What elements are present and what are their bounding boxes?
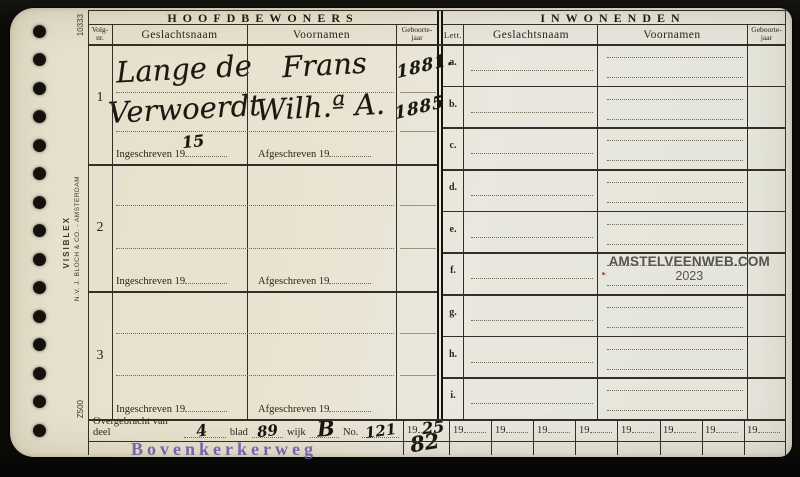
grid-line-horizontal [88, 291, 437, 293]
scanned-register-card-scene: 10333 VISIBLEX N.V. J. BLOCH & CO. - AMS… [0, 0, 800, 477]
grid-line-vertical [747, 24, 748, 419]
row-separator [443, 252, 785, 254]
lett-label: g. [443, 307, 463, 318]
no-blank: 121 [362, 427, 399, 438]
no-value: 121 [364, 420, 398, 442]
grid-line-vertical [396, 24, 397, 419]
grid-line-vertical [702, 419, 703, 455]
dotted-blank [185, 274, 227, 284]
writing-line-dotted [471, 403, 593, 404]
year-cell: 19 [621, 423, 654, 436]
punch-hole [33, 167, 46, 180]
grid-line-vertical [660, 419, 661, 455]
dotted-blank [329, 147, 371, 157]
wijk-blank: B [310, 427, 339, 438]
writing-line-dotted [607, 349, 743, 350]
lett-label: e. [443, 224, 463, 235]
writing-line-dotted [471, 237, 593, 238]
grid-line-horizontal [88, 164, 437, 166]
writing-line-birthyear [400, 131, 436, 132]
ingeschreven-text-3: Ingeschreven 19 [116, 404, 185, 415]
col-lett-header: Lett. [441, 30, 465, 40]
punch-hole [33, 25, 46, 38]
col-surname-header-right: Geslachtsnaam [465, 29, 597, 41]
dotted-blank [548, 423, 570, 433]
col-birthyear-left-line2: jaar [411, 33, 422, 42]
grid-line-vertical [744, 419, 745, 455]
writing-line-dotted [607, 265, 743, 266]
writing-line-dotted [116, 375, 394, 376]
writing-line-dotted [471, 70, 593, 71]
punch-hole [33, 139, 46, 152]
grid-line-vertical [491, 419, 492, 455]
writing-line-dotted [471, 320, 593, 321]
afgeschreven-label-3: Afgeschreven 19 [258, 402, 371, 415]
grid-line-vertical [449, 419, 450, 455]
lett-label: i. [443, 390, 463, 401]
writing-line-dotted [607, 202, 743, 203]
firstnames-entry-1: Frans [281, 46, 368, 84]
writing-line-dotted [471, 362, 593, 363]
ingeschreven-label-1: Ingeschreven 19 [116, 147, 227, 160]
lett-label: b. [443, 99, 463, 110]
writing-line-dotted [116, 92, 394, 93]
afgeschreven-label-2: Afgeschreven 19 [258, 274, 371, 287]
year-cell: 19 [705, 423, 738, 436]
writing-line-birthyear [400, 333, 436, 334]
grid-line-horizontal [88, 441, 785, 442]
writing-line-birthyear [400, 248, 436, 249]
year-prefix: 19 [495, 425, 506, 436]
year-cell: 19 [537, 423, 570, 436]
house-number: 82 [408, 428, 441, 457]
punch-hole [33, 338, 46, 351]
street-name-stamp: Bovenkerkerweg [88, 439, 360, 460]
overgebracht-row: Overgebracht van deel 4 blad 89 wijk B N… [93, 422, 399, 438]
writing-line-dotted [607, 99, 743, 100]
grid-line-vertical [575, 419, 576, 455]
grid-line-horizontal [88, 419, 785, 421]
row-number-3: 3 [88, 348, 112, 364]
writing-line-dotted [116, 333, 394, 334]
printer-edge-text: N.V. J. BLOCH & CO. - AMSTERDAM [74, 176, 81, 301]
punch-hole [33, 82, 46, 95]
watermark-text: AMSTELVEENWEB.COM 2023 [609, 254, 770, 283]
deel-value: 4 [194, 420, 208, 440]
ingeschreven-label-3: Ingeschreven 19 [116, 402, 227, 415]
hoofdbewoners-title: HOOFDBEWONERS [88, 11, 438, 24]
writing-line-dotted [607, 160, 743, 161]
writing-line-birthyear [400, 375, 436, 376]
deel-blank: 4 [184, 427, 226, 438]
grid-line-horizontal [443, 24, 785, 25]
writing-line-dotted [471, 278, 593, 279]
row-separator [443, 169, 785, 171]
writing-line-dotted [607, 140, 743, 141]
row-separator [443, 211, 785, 213]
afgeschreven-label-1: Afgeschreven 19 [258, 147, 371, 160]
row-separator [443, 377, 785, 379]
year-prefix: 19 [663, 425, 674, 436]
amstelveen-coat-of-arms-icon [602, 254, 607, 294]
year-cell: 19 [495, 423, 528, 436]
year-prefix: 19 [579, 425, 590, 436]
watermark-year: 2023 [609, 269, 770, 283]
grid-line-horizontal [88, 10, 785, 11]
lett-label: h. [443, 349, 463, 360]
grid-line-vertical [533, 419, 534, 455]
writing-line-dotted [607, 244, 743, 245]
col-birthyear-header-left: Geboorte- jaar [396, 26, 438, 42]
grid-line-vertical [403, 419, 404, 455]
year-cell: 19 [663, 423, 696, 436]
punch-hole [33, 395, 46, 408]
dotted-blank [185, 402, 227, 412]
punch-hole [33, 53, 46, 66]
writing-line-dotted [607, 390, 743, 391]
ingeschreven-text-2: Ingeschreven 19 [116, 276, 185, 287]
dotted-blank [758, 423, 780, 433]
blad-blank: 89 [252, 427, 283, 438]
grid-line-vertical [247, 24, 248, 419]
grid-line-horizontal [88, 24, 437, 25]
grid-line-vertical [463, 24, 464, 419]
year-prefix: 19 [621, 425, 632, 436]
registration-card: 10333 VISIBLEX N.V. J. BLOCH & CO. - AMS… [10, 8, 792, 457]
dotted-blank [506, 423, 528, 433]
writing-line-birthyear [400, 92, 436, 93]
grid-line-vertical [88, 10, 89, 455]
batch-code-edge-text: Z500 [76, 400, 85, 418]
form-number-edge-text: 10333 [76, 14, 85, 36]
writing-line-dotted [607, 369, 743, 370]
grid-line-vertical [617, 419, 618, 455]
ingeschreven-year-value: 15 [181, 131, 205, 152]
no-label: No. [343, 427, 358, 438]
dotted-blank [464, 423, 486, 433]
col-birthyear-header-right: Geboorte- jaar [747, 26, 786, 42]
writing-line-dotted [607, 327, 743, 328]
lett-label: f. [443, 265, 463, 276]
brand-edge-text: VISIBLEX [62, 216, 71, 268]
grid-line-vertical [785, 10, 786, 455]
year-cell: 19 [747, 423, 780, 436]
grid-line-horizontal [88, 44, 785, 46]
year-prefix: 19 [537, 425, 548, 436]
writing-line-dotted [607, 57, 743, 58]
writing-line-dotted [471, 195, 593, 196]
writing-line-dotted [607, 77, 743, 78]
writing-line-dotted [116, 205, 394, 206]
row-separator [443, 127, 785, 129]
dotted-blank [674, 423, 696, 433]
row-separator [443, 294, 785, 296]
writing-line-dotted [607, 224, 743, 225]
inwonenden-title: INWONENDEN [441, 11, 785, 24]
year-prefix: 19 [705, 425, 716, 436]
writing-line-dotted [607, 285, 743, 286]
writing-line-dotted [607, 410, 743, 411]
afgeschreven-text-2: Afgeschreven 19 [258, 276, 329, 287]
col-birthyear-right-line2: jaar [761, 33, 772, 42]
writing-line-dotted [471, 112, 593, 113]
writing-line-dotted [116, 131, 394, 132]
writing-line-dotted [116, 248, 394, 249]
col-firstnames-header-right: Voornamen [597, 29, 747, 41]
col-firstnames-header-left: Voornamen [247, 29, 396, 41]
year-prefix: 19 [747, 425, 758, 436]
writing-line-dotted [607, 307, 743, 308]
ingeschreven-label-2: Ingeschreven 19 [116, 274, 227, 287]
dotted-blank [329, 402, 371, 412]
punch-hole [33, 367, 46, 380]
writing-line-dotted [607, 182, 743, 183]
surname-entry-2: Verwoerdt [107, 88, 261, 130]
afgeschreven-text-3: Afgeschreven 19 [258, 404, 329, 415]
punch-hole [33, 424, 46, 437]
year-cell: 19 [453, 423, 486, 436]
wijk-label: wijk [287, 427, 306, 438]
dotted-blank [329, 274, 371, 284]
punch-hole [33, 310, 46, 323]
row-separator [443, 336, 785, 338]
amstelveenweb-watermark: AMSTELVEENWEB.COM 2023 [602, 254, 770, 304]
year-prefix: 19 [453, 425, 464, 436]
grid-line-vertical [112, 24, 113, 419]
col-volgnr-line2: nr. [96, 33, 104, 42]
punch-hole [33, 224, 46, 237]
writing-line-dotted [471, 153, 593, 154]
punch-hole [33, 110, 46, 123]
punch-hole [33, 281, 46, 294]
watermark-site: AMSTELVEENWEB.COM [609, 254, 770, 269]
writing-line-dotted [607, 119, 743, 120]
grid-line-vertical [597, 24, 598, 419]
col-volgnr-header: Volg- nr. [88, 26, 112, 42]
col-surname-header-left: Geslachtsnaam [112, 29, 247, 41]
punch-hole [33, 196, 46, 209]
row-number-2: 2 [88, 220, 112, 236]
dotted-blank [590, 423, 612, 433]
afgeschreven-text-1: Afgeschreven 19 [258, 149, 329, 160]
year-cell: 19 [579, 423, 612, 436]
blad-label: blad [230, 427, 248, 438]
lett-label: a. [443, 57, 463, 68]
dotted-blank [716, 423, 738, 433]
lett-label: c. [443, 140, 463, 151]
punch-hole [33, 253, 46, 266]
surname-entry-1: Lange de [115, 48, 252, 89]
lett-label: d. [443, 182, 463, 193]
dotted-blank [632, 423, 654, 433]
row-separator [443, 86, 785, 88]
writing-line-birthyear [400, 205, 436, 206]
ingeschreven-text-1: Ingeschreven 19 [116, 149, 185, 160]
